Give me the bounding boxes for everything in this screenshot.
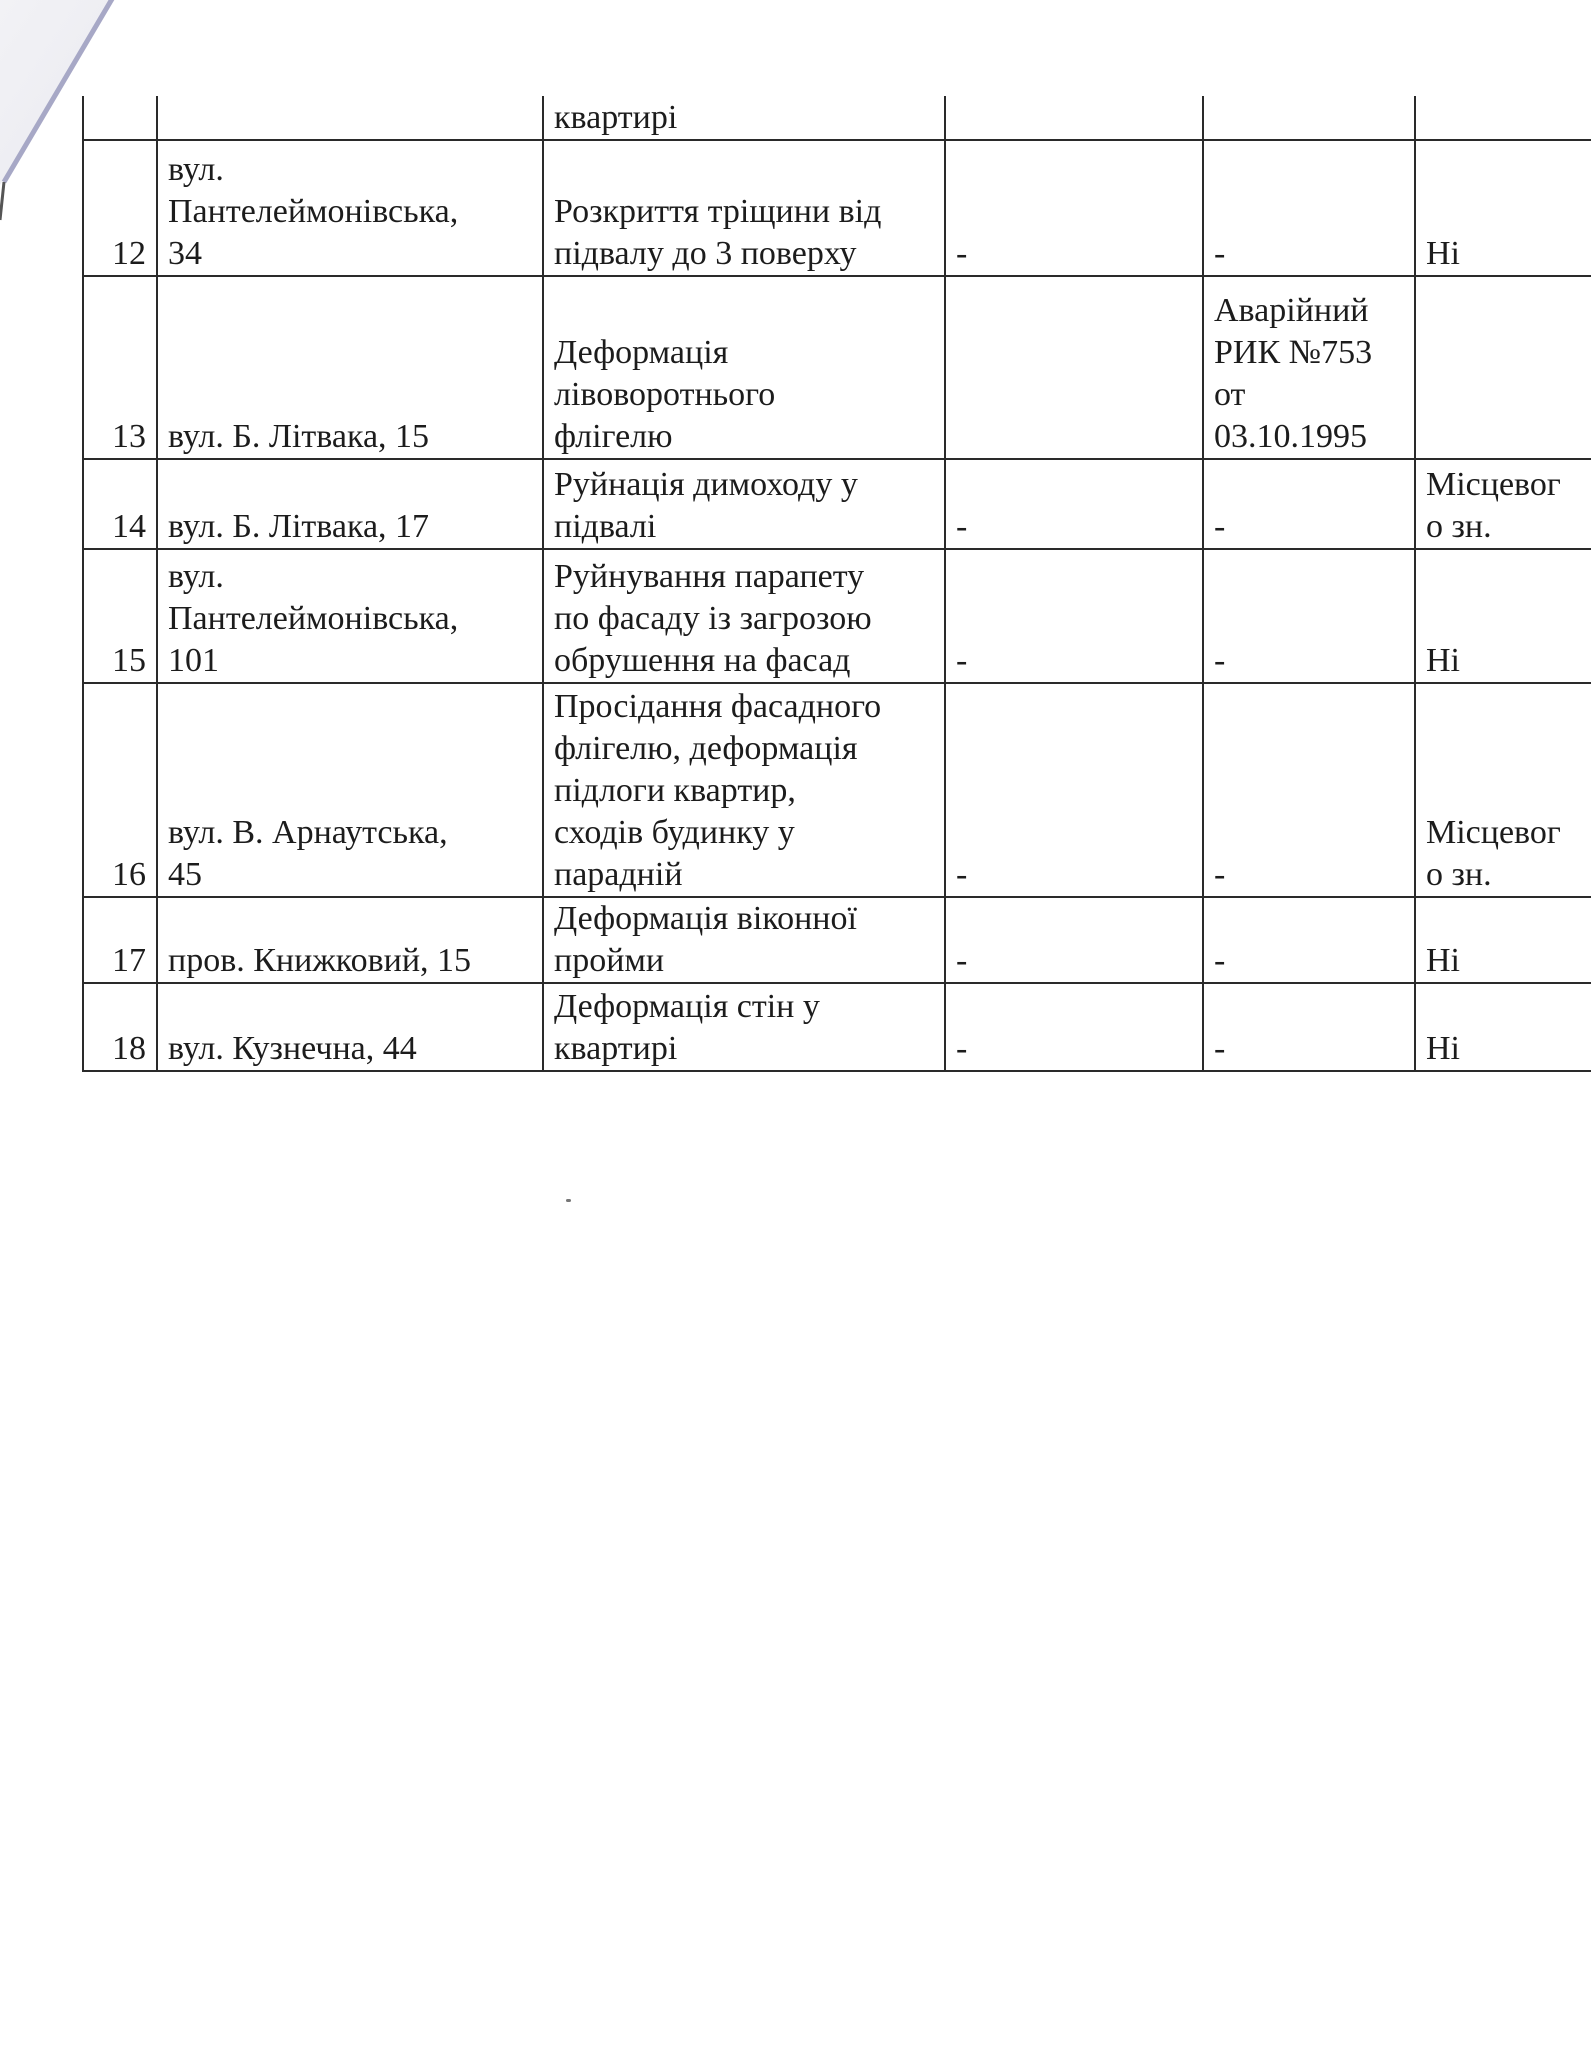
description-cell: Деформація віконної пройми: [543, 897, 945, 983]
table-row: 17 пров. Книжковий, 15 Деформація віконн…: [83, 897, 1591, 983]
heritage-cell: Місцевог о зн.: [1415, 683, 1591, 897]
row-number: 12: [83, 140, 157, 276]
col4-cell: -: [945, 459, 1203, 549]
description-cell: Деформація стін у квартирі: [543, 983, 945, 1071]
address-cell: вул. Б. Літвака, 17: [157, 459, 543, 549]
heritage-cell: [1415, 276, 1591, 459]
heritage-cell: Місцевог о зн.: [1415, 459, 1591, 549]
description-cell: Деформація лівоворотнього флігелю: [543, 276, 945, 459]
heritage-cell: Ні: [1415, 897, 1591, 983]
address-cell: вул. Пантелеймонівська, 101: [157, 549, 543, 683]
heritage-cell: [1415, 96, 1591, 140]
status-cell: -: [1203, 459, 1415, 549]
col4-cell: [945, 276, 1203, 459]
row-number: [83, 96, 157, 140]
description-cell: Просідання фасадного флігелю, деформація…: [543, 683, 945, 897]
table-row: 15 вул. Пантелеймонівська, 101 Руйнуванн…: [83, 549, 1591, 683]
col4-cell: -: [945, 549, 1203, 683]
address-cell: вул. В. Арнаутська, 45: [157, 683, 543, 897]
row-number: 15: [83, 549, 157, 683]
col4-cell: [945, 96, 1203, 140]
status-cell: Аварійний РИК №753 от 03.10.1995: [1203, 276, 1415, 459]
status-cell: -: [1203, 983, 1415, 1071]
table-row: 16 вул. В. Арнаутська, 45 Просідання фас…: [83, 683, 1591, 897]
row-number: 17: [83, 897, 157, 983]
status-cell: -: [1203, 683, 1415, 897]
heritage-cell: Ні: [1415, 140, 1591, 276]
col4-cell: -: [945, 897, 1203, 983]
table-row: квартирі: [83, 96, 1591, 140]
damage-register-table: квартирі 12 вул. Пантелеймонівська, 34 Р…: [82, 96, 1591, 1072]
description-cell: квартирі: [543, 96, 945, 140]
col4-cell: -: [945, 983, 1203, 1071]
table-row: 13 вул. Б. Літвака, 15 Деформація лівово…: [83, 276, 1591, 459]
description-cell: Руйнація димоходу у підвалі: [543, 459, 945, 549]
table-row: 12 вул. Пантелеймонівська, 34 Розкриття …: [83, 140, 1591, 276]
status-cell: [1203, 96, 1415, 140]
scan-speck: [566, 1199, 571, 1202]
row-number: 14: [83, 459, 157, 549]
table-row: 14 вул. Б. Літвака, 17 Руйнація димоходу…: [83, 459, 1591, 549]
row-number: 13: [83, 276, 157, 459]
description-cell: Руйнування парапету по фасаду із загрозо…: [543, 549, 945, 683]
address-cell: вул. Б. Літвака, 15: [157, 276, 543, 459]
row-number: 16: [83, 683, 157, 897]
row-number: 18: [83, 983, 157, 1071]
col4-cell: -: [945, 683, 1203, 897]
address-cell: вул. Кузнечна, 44: [157, 983, 543, 1071]
address-cell: пров. Книжковий, 15: [157, 897, 543, 983]
status-cell: -: [1203, 549, 1415, 683]
table-row: 18 вул. Кузнечна, 44 Деформація стін у к…: [83, 983, 1591, 1071]
status-cell: -: [1203, 897, 1415, 983]
heritage-cell: Ні: [1415, 549, 1591, 683]
address-cell: вул. Пантелеймонівська, 34: [157, 140, 543, 276]
address-cell: [157, 96, 543, 140]
description-cell: Розкриття тріщини від підвалу до 3 повер…: [543, 140, 945, 276]
heritage-cell: Ні: [1415, 983, 1591, 1071]
status-cell: -: [1203, 140, 1415, 276]
col4-cell: -: [945, 140, 1203, 276]
